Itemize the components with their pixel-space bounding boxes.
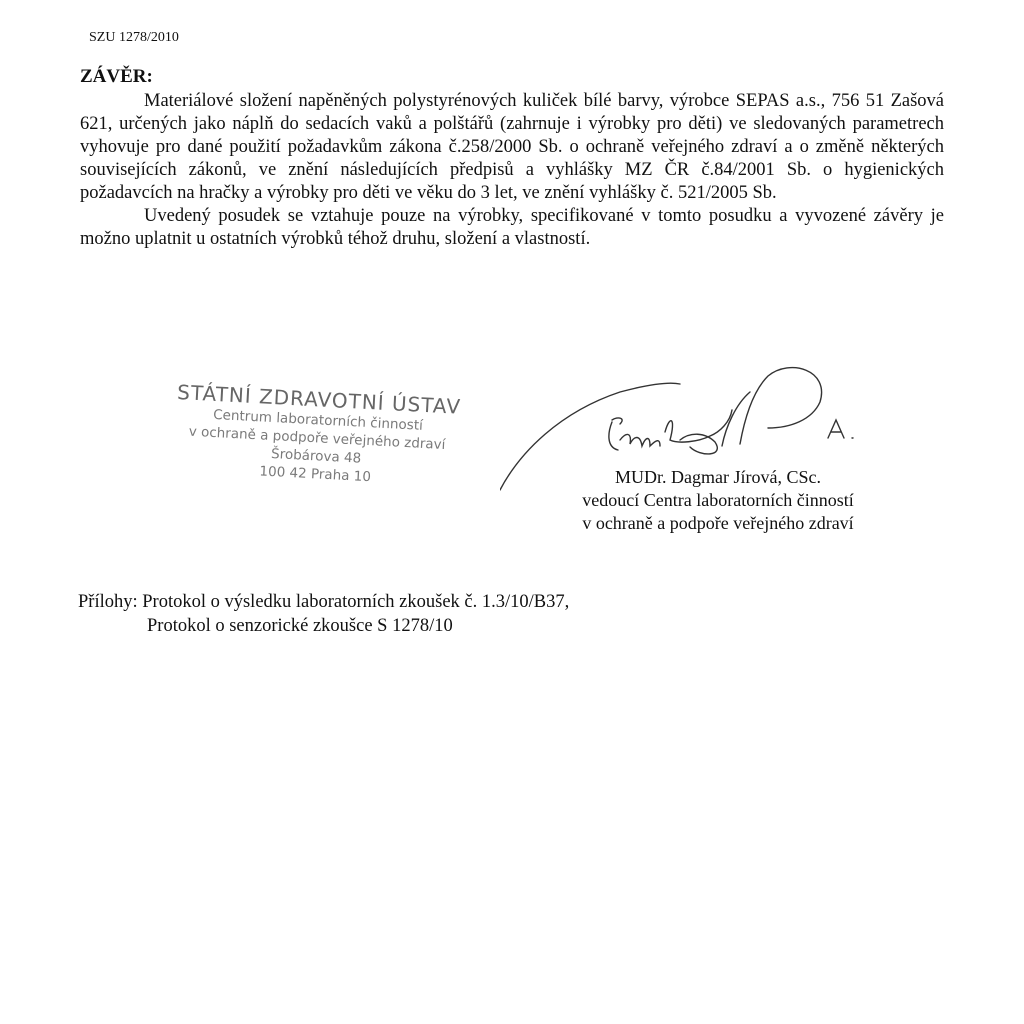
institution-stamp: STÁTNÍ ZDRAVOTNÍ ÚSTAV Centrum laborator…: [135, 378, 500, 493]
attachments-section: Přílohy: Protokol o výsledku laboratorní…: [78, 590, 569, 638]
signer-block: MUDr. Dagmar Jírová, CSc. vedoucí Centra…: [548, 466, 888, 535]
attachment-item: Protokol o výsledku laboratorních zkouše…: [142, 592, 569, 612]
paragraph: Materiálové složení napěněných polystyré…: [80, 90, 944, 205]
document-reference: SZU 1278/2010: [89, 30, 179, 46]
signer-role: vedoucí Centra laboratorních činností: [548, 489, 888, 512]
signer-role: v ochraně a podpoře veřejného zdraví: [548, 512, 888, 535]
conclusion-heading: ZÁVĚR:: [80, 66, 153, 88]
attachments-label: Přílohy:: [78, 592, 138, 612]
attachment-item: Protokol o senzorické zkoušce S 1278/10: [147, 616, 453, 636]
signer-name: MUDr. Dagmar Jírová, CSc.: [548, 466, 888, 489]
paragraph: Uvedený posudek se vztahuje pouze na výr…: [80, 205, 944, 251]
conclusion-body: Materiálové složení napěněných polystyré…: [80, 90, 944, 251]
